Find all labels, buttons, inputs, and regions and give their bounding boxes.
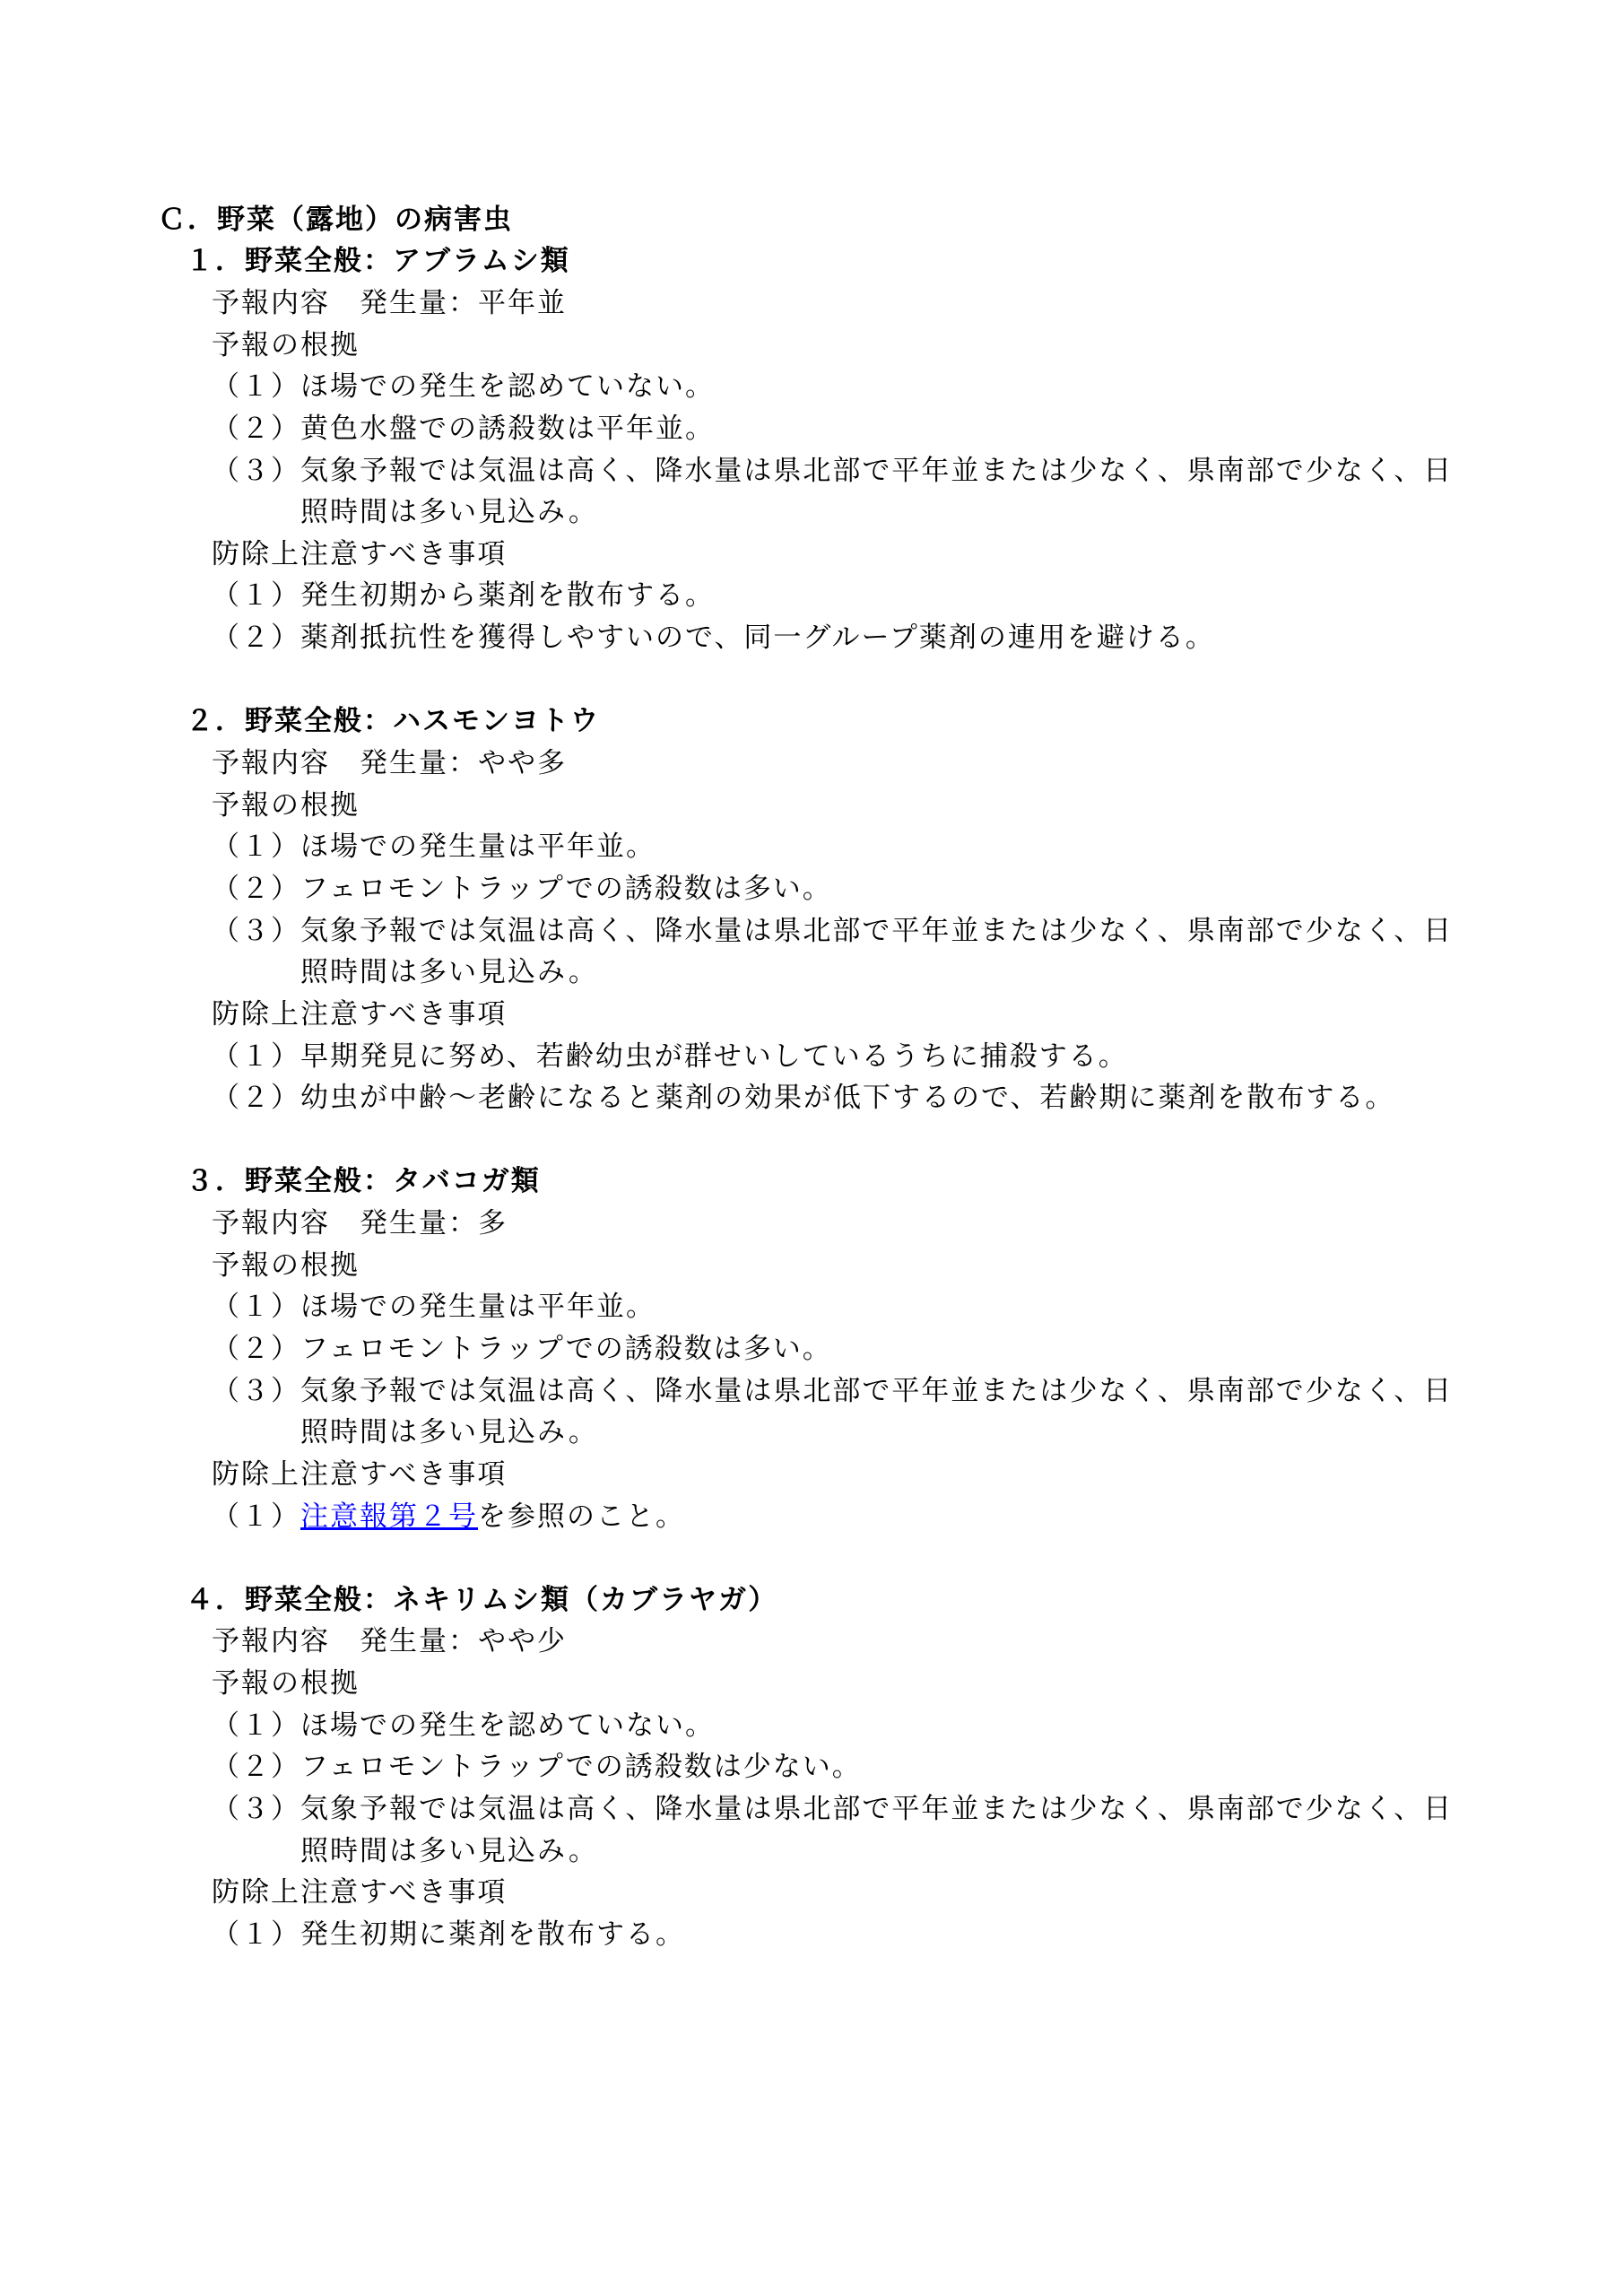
item-heading: １．野菜全般：アブラムシ類	[0, 240, 1624, 283]
list-marker: （３）	[212, 450, 300, 492]
control-text: 発生初期から薬剤を散布する。	[300, 579, 715, 612]
list-marker: （３）	[212, 1788, 300, 1831]
basis-text: フェロモントラップでの誘殺数は多い。	[300, 1333, 832, 1365]
basis-label: 予報の根拠	[0, 785, 1624, 827]
basis-item: （２）フェロモントラップでの誘殺数は多い。	[0, 868, 1624, 910]
basis-item: （１）ほ場での発生量は平年並。	[0, 1286, 1624, 1328]
control-item: （２）薬剤抵抗性を獲得しやすいので、同一グループ薬剤の連用を避ける。	[0, 617, 1624, 659]
basis-text: フェロモントラップでの誘殺数は多い。	[300, 873, 832, 905]
control-label: 防除上注意すべき事項	[0, 1872, 1624, 1914]
forecast-label: 予報内容	[212, 287, 330, 319]
control-label: 防除上注意すべき事項	[0, 994, 1624, 1036]
list-marker: （２）	[212, 1746, 300, 1788]
forecast-value: 発生量：やや少	[360, 1625, 567, 1657]
blank-line	[0, 1537, 1624, 1579]
basis-item: （２）黄色水盤での誘殺数は平年並。	[0, 408, 1624, 450]
forecast-value: 発生量：平年並	[360, 287, 567, 319]
basis-item: （３）気象予報では気温は高く、降水量は県北部で平年並または少なく、県南部で少なく…	[0, 1788, 1624, 1831]
forecast-label: 予報内容	[212, 747, 330, 779]
basis-item: （１）ほ場での発生量は平年並。	[0, 826, 1624, 868]
list-marker: （１）	[212, 366, 300, 408]
basis-label: 予報の根拠	[0, 1663, 1624, 1705]
list-marker: （１）	[212, 1705, 300, 1747]
list-marker: （２）	[212, 617, 300, 659]
control-text: 発生初期に薬剤を散布する。	[300, 1918, 685, 1951]
basis-text: 気象予報では気温は高く、降水量は県北部で平年並または少なく、県南部で少なく、日	[300, 455, 1453, 487]
control-label: 防除上注意すべき事項	[0, 534, 1624, 576]
basis-item: （３）気象予報では気温は高く、降水量は県北部で平年並または少なく、県南部で少なく…	[0, 450, 1624, 492]
basis-text: ほ場での発生を認めていない。	[300, 370, 715, 403]
basis-item: （２）フェロモントラップでの誘殺数は多い。	[0, 1328, 1624, 1370]
control-item: （１）発生初期に薬剤を散布する。	[0, 1914, 1624, 1956]
basis-text-continuation: 照時間は多い見込み。	[0, 1412, 1624, 1454]
forecast-line: 予報内容発生量：やや少	[0, 1621, 1624, 1663]
list-marker: （１）	[212, 826, 300, 868]
list-marker: （１）	[212, 1496, 300, 1538]
basis-item: （３）気象予報では気温は高く、降水量は県北部で平年並または少なく、県南部で少なく…	[0, 1370, 1624, 1413]
list-marker: （１）	[212, 1036, 300, 1078]
basis-text-continuation: 照時間は多い見込み。	[0, 1831, 1624, 1873]
control-label: 防除上注意すべき事項	[0, 1454, 1624, 1496]
list-marker: （２）	[212, 1077, 300, 1119]
forecast-value: 発生量：やや多	[360, 747, 567, 779]
basis-text-continuation: 照時間は多い見込み。	[0, 952, 1624, 994]
control-text: を参照のこと。	[478, 1500, 685, 1533]
forecast-label: 予報内容	[212, 1625, 330, 1657]
basis-text-continuation: 照時間は多い見込み。	[0, 491, 1624, 534]
basis-text: 気象予報では気温は高く、降水量は県北部で平年並または少なく、県南部で少なく、日	[300, 915, 1453, 947]
section-heading: Ｃ．野菜（露地）の病害虫	[0, 199, 1624, 241]
basis-text: ほ場での発生量は平年並。	[300, 831, 656, 863]
forecast-line: 予報内容発生量：多	[0, 1203, 1624, 1245]
forecast-line: 予報内容発生量：平年並	[0, 283, 1624, 325]
control-text: 薬剤抵抗性を獲得しやすいので、同一グループ薬剤の連用を避ける。	[300, 622, 1215, 654]
basis-item: （１）ほ場での発生を認めていない。	[0, 1705, 1624, 1747]
basis-item: （３）気象予報では気温は高く、降水量は県北部で平年並または少なく、県南部で少なく…	[0, 910, 1624, 952]
basis-text: 気象予報では気温は高く、降水量は県北部で平年並または少なく、県南部で少なく、日	[300, 1375, 1453, 1407]
basis-item: （２）フェロモントラップでの誘殺数は少ない。	[0, 1746, 1624, 1788]
control-item: （１）早期発見に努め、若齢幼虫が群せいしているうちに捕殺する。	[0, 1036, 1624, 1078]
forecast-line: 予報内容発生量：やや多	[0, 743, 1624, 785]
control-item: （１）発生初期から薬剤を散布する。	[0, 575, 1624, 617]
basis-label: 予報の根拠	[0, 325, 1624, 367]
list-marker: （１）	[212, 1286, 300, 1328]
basis-text: フェロモントラップでの誘殺数は少ない。	[300, 1751, 862, 1783]
document-page: Ｃ．野菜（露地）の病害虫 １．野菜全般：アブラムシ類 予報内容発生量：平年並 予…	[0, 199, 1624, 1956]
forecast-label: 予報内容	[212, 1207, 330, 1239]
basis-item: （１）ほ場での発生を認めていない。	[0, 366, 1624, 408]
list-marker: （１）	[212, 575, 300, 617]
list-marker: （３）	[212, 1370, 300, 1413]
control-text: 早期発見に努め、若齢幼虫が群せいしているうちに捕殺する。	[300, 1040, 1128, 1073]
item-heading: ３．野菜全般：タバコガ類	[0, 1161, 1624, 1203]
list-marker: （２）	[212, 1328, 300, 1370]
basis-text: ほ場での発生量は平年並。	[300, 1291, 656, 1323]
control-item: （１）注意報第２号を参照のこと。	[0, 1496, 1624, 1538]
basis-text: 黄色水盤での誘殺数は平年並。	[300, 413, 715, 445]
list-marker: （３）	[212, 910, 300, 952]
list-marker: （１）	[212, 1914, 300, 1956]
list-marker: （２）	[212, 408, 300, 450]
control-item: （２）幼虫が中齢～老齢になると薬剤の効果が低下するので、若齢期に薬剤を散布する。	[0, 1077, 1624, 1119]
advisory-no2-link[interactable]: 注意報第２号	[300, 1500, 478, 1533]
blank-line	[0, 1119, 1624, 1161]
item-heading: ４．野菜全般：ネキリムシ類（カブラヤガ）	[0, 1579, 1624, 1622]
list-marker: （２）	[212, 868, 300, 910]
forecast-value: 発生量：多	[360, 1207, 508, 1239]
item-heading: ２．野菜全般：ハスモンヨトウ	[0, 700, 1624, 743]
basis-text: 気象予報では気温は高く、降水量は県北部で平年並または少なく、県南部で少なく、日	[300, 1793, 1453, 1825]
blank-line	[0, 659, 1624, 701]
control-text: 幼虫が中齢～老齢になると薬剤の効果が低下するので、若齢期に薬剤を散布する。	[300, 1082, 1394, 1114]
basis-text: ほ場での発生を認めていない。	[300, 1709, 715, 1742]
basis-label: 予報の根拠	[0, 1245, 1624, 1287]
